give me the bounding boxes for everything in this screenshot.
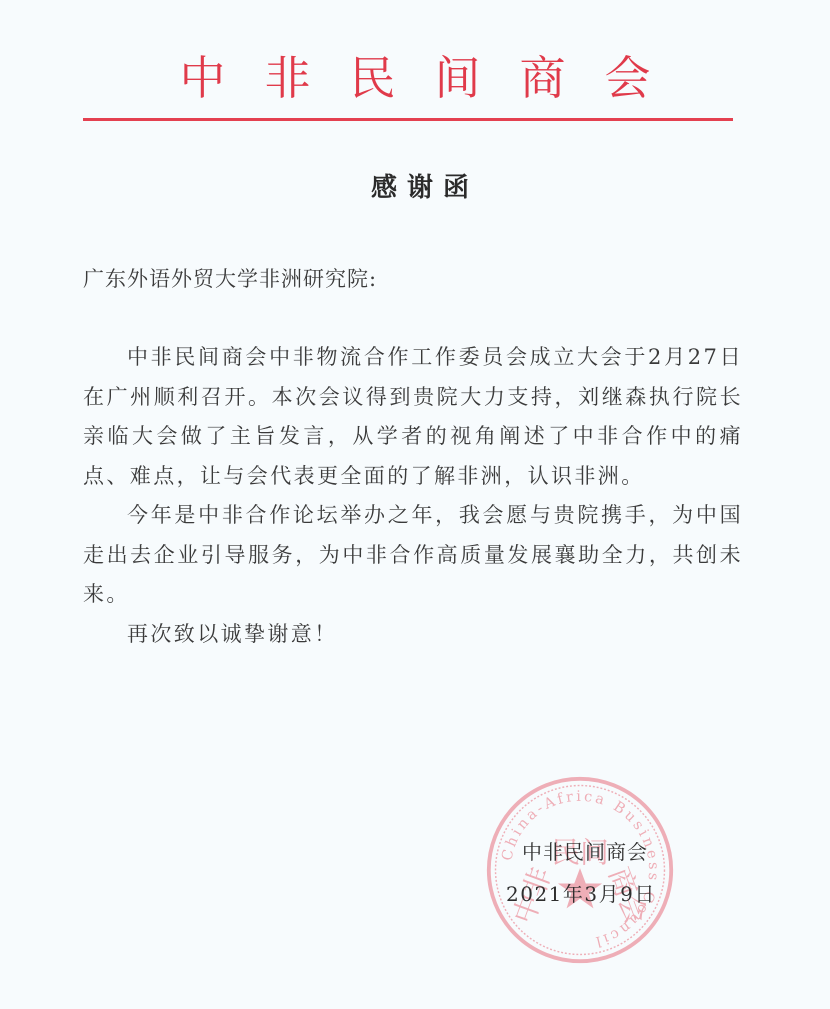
letterhead: 中非民间商会 [0,48,830,108]
document-title: 感谢函 [0,167,830,204]
salutation: 广东外语外贸大学非洲研究院: [83,263,377,293]
letterhead-title: 中非民间商会 [0,48,830,108]
letterhead-divider [83,118,733,121]
paragraph-1: 中非民间商会中非物流合作工作委员会成立大会于2月27日在广州顺利召开。本次会议得… [83,338,743,496]
official-seal-icon: China-Africa Business Council 民间 中非 商会 [484,774,676,966]
paragraph-2: 今年是中非合作论坛举办之年，我会愿与贵院携手，为中国走出去企业引导服务，为中非合… [83,496,743,615]
letter-body: 中非民间商会中非物流合作工作委员会成立大会于2月27日在广州顺利召开。本次会议得… [83,338,743,654]
signature-date: 2021年3月9日 [506,878,656,907]
signature-organization: 中非民间商会 [522,836,648,865]
paragraph-3: 再次致以诚挚谢意！ [83,615,743,655]
